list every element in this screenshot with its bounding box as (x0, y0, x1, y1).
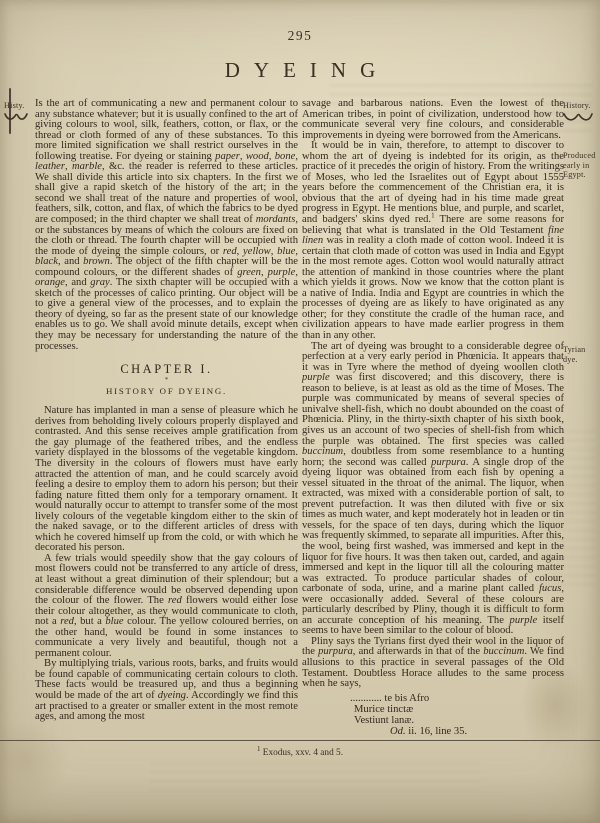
paragraph: Pliny says the Tyrians first dyed their … (302, 637, 564, 690)
footnote: 1 Exodus, xxv. 4 and 5. (0, 748, 600, 758)
paragraph: By multiplying trials, various roots, ba… (35, 659, 298, 722)
bleed-through-text (150, 762, 480, 796)
flourish-swash-icon (563, 112, 593, 122)
margin-note-label: Histy. (4, 101, 24, 110)
paragraph: Is the art of communicating a new and pe… (35, 99, 298, 352)
paragraph: savage and barbarous nations. Even the l… (302, 99, 564, 141)
margin-note-label: Produced early in Egypt. (563, 151, 596, 179)
footnote-rule (0, 740, 600, 741)
verse-line: Od. ii. 16, line 35. (302, 726, 564, 737)
page: 295 DYEING Histy. Is the art of communic… (0, 0, 600, 823)
ornament: * (35, 377, 298, 384)
book-page-scan: { "page": { "number": "295", "title": "D… (0, 0, 600, 823)
margin-note-history-left: Histy. (4, 101, 34, 121)
margin-note-history-right: History. (563, 101, 599, 122)
paper-stain (0, 720, 70, 800)
paragraph: A few trials would speedily show that th… (35, 554, 298, 659)
margin-note-label: History. (563, 101, 591, 110)
verse-line: Vestiunt lanæ. (302, 715, 564, 726)
right-column: savage and barbarous nations. Even the l… (302, 99, 564, 737)
margin-note-tyrian-dye: Tyrian dye. (563, 345, 599, 364)
paragraph: The art of dyeing was brought to a consi… (302, 342, 564, 637)
page-number: 295 (0, 28, 600, 44)
flourish-swash-icon (4, 112, 28, 121)
paragraph: It would be in vain, therefore, to attem… (302, 141, 564, 341)
verse-line: Murice tinctæ (302, 704, 564, 715)
verse: ............ te bis AfroMurice tinctæVes… (302, 693, 564, 737)
page-title: DYEING (0, 58, 600, 83)
verse-line: ............ te bis Afro (302, 693, 564, 704)
margin-note-label: Tyrian dye. (563, 345, 585, 364)
subheading: HISTORY OF DYEING. (35, 386, 298, 397)
paragraph: Nature has implanted in man a sense of p… (35, 406, 298, 554)
chapter-heading: CHAPTER I. (35, 364, 298, 375)
margin-note-produced-egypt: Produced early in Egypt. (563, 151, 599, 180)
left-column: Is the art of communicating a new and pe… (35, 99, 298, 723)
